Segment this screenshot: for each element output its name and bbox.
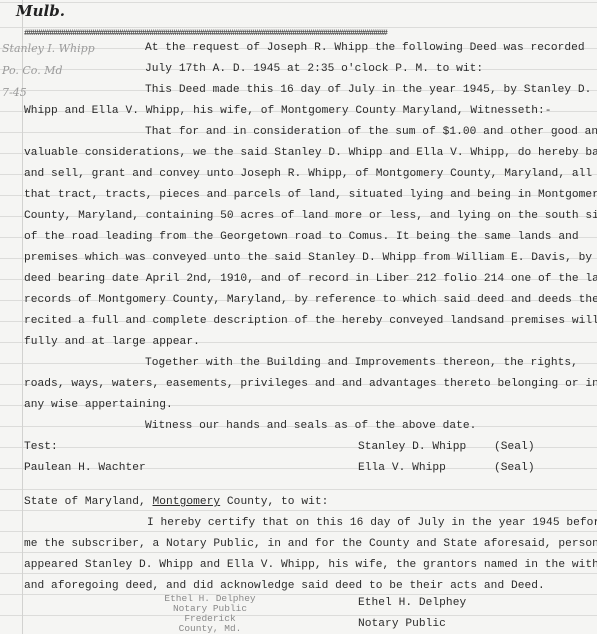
body-line: deed bearing date April 2nd, 1910, and o… [24,272,597,286]
margin-note-county: Po. Co. Md [2,64,63,77]
acknowledgment-line: and aforegoing deed, and did acknowledge… [24,579,545,593]
state-prefix: State of Maryland, [24,496,153,508]
body-line: fully and at large appear. [24,335,200,349]
grantor-signature-2: Ella V. Whipp [358,461,446,475]
body-line: This Deed made this 16 day of July in th… [145,83,591,97]
notary-title: Notary Public [358,617,446,631]
deed-page: Mulb. Stanley I. Whipp Po. Co. Md 7-45 #… [0,0,597,634]
body-line: premises which was conveyed unto the sai… [24,251,592,265]
acknowledgment-line: I hereby certify that on this 16 day of … [147,516,597,530]
body-line: valuable considerations, we the said Sta… [24,146,597,160]
state-suffix: County, to wit: [220,496,328,508]
header-hash-rule: ########################################… [24,28,597,38]
witness-signature: Paulean H. Wachter [24,461,146,475]
body-line: recited a full and complete description … [24,314,597,328]
body-line: County, Maryland, containing 50 acres of… [24,209,597,223]
body-line: That for and in consideration of the sum… [145,125,597,139]
body-line: and sell, grant and convey unto Joseph R… [24,167,592,181]
clerk-initials: Mulb. [16,2,65,20]
seal-1: (Seal) [494,440,535,454]
body-line: roads, ways, waters, easements, privileg… [24,377,597,391]
body-line: Whipp and Ella V. Whipp, his wife, of Mo… [24,104,552,118]
recording-line-2: July 17th A. D. 1945 at 2:35 o'clock P. … [145,62,483,76]
acknowledgment-line: appeared Stanley D. Whipp and Ella V. Wh… [24,558,597,572]
acknowledgment-heading: State of Maryland, Montgomery County, to… [24,495,328,509]
acknowledgment-line: me the subscriber, a Notary Public, in a… [24,537,597,551]
body-line: of the road leading from the Georgetown … [24,230,579,244]
body-line: any wise appertaining. [24,398,173,412]
margin-note-date: 7-45 [2,86,27,99]
margin-note-name: Stanley I. Whipp [2,42,95,55]
test-label: Test: [24,440,58,454]
body-line: records of Montgomery County, Maryland, … [24,293,597,307]
body-line: that tract, tracts, pieces and parcels o… [24,188,597,202]
seal-2: (Seal) [494,461,535,475]
recording-line-1: At the request of Joseph R. Whipp the fo… [145,41,585,55]
body-line: Witness our hands and seals as of the ab… [145,419,476,433]
notary-name: Ethel H. Delphey [358,596,466,610]
body-line: Together with the Building and Improveme… [145,356,578,370]
notary-stamp: Ethel H. Delphey Notary Public Frederick… [155,594,265,634]
stamp-line: County, Md. [155,624,265,634]
grantor-signature-1: Stanley D. Whipp [358,440,466,454]
county-name: Montgomery [153,496,221,508]
